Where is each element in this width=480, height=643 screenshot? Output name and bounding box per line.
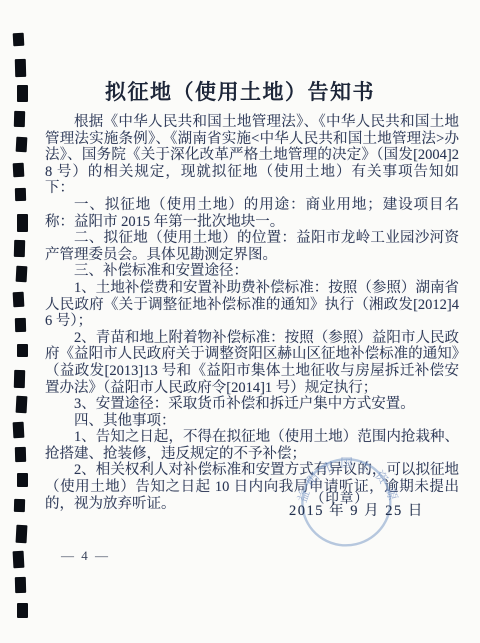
- binding-mark: [17, 603, 28, 618]
- binding-mark: [14, 499, 25, 512]
- binding-mark: [13, 551, 25, 569]
- binding-mark: [16, 136, 28, 152]
- paragraph-item-3-2: 2、青苗和地上附着物补偿标准：按照（参照）益阳市人民政府《益阳市人民政府关于调整…: [45, 330, 459, 396]
- document-body: 根据《中华人民共和国土地管理法》、《中华人民共和国土地管理法实施条例》、《湖南省…: [45, 114, 459, 512]
- scanned-document-page: 拟征地（使用土地）告知书 根据《中华人民共和国土地管理法》、《中华人民共和国土地…: [0, 0, 480, 643]
- binding-mark: [13, 162, 25, 177]
- paragraph-item-4-1: 1、告知之日起，不得在拟征地（使用土地）范围内抢栽种、抢搭建、抢装修，违反规定的…: [45, 429, 459, 462]
- binding-mark: [15, 188, 26, 201]
- binding-mark: [13, 292, 25, 308]
- binding-mark: [16, 395, 28, 413]
- binding-mark: [14, 240, 25, 257]
- binding-mark: [16, 525, 28, 544]
- binding-mark: [15, 447, 26, 462]
- paragraph-item-2: 二、拟征地（使用土地）的位置：益阳市龙岭工业园沙河资产管理委员会。具体见勘测定界…: [45, 230, 459, 263]
- binding-mark: [17, 344, 28, 357]
- page-number: — 4 —: [61, 548, 110, 564]
- document-title: 拟征地（使用土地）告知书: [0, 76, 480, 106]
- binding-mark: [17, 214, 28, 232]
- seal-date: 2015 年 9 月 25 日: [289, 499, 424, 520]
- binding-mark: [15, 59, 26, 77]
- binding-mark: [16, 266, 28, 283]
- binding-mark: [14, 111, 25, 127]
- paragraph-item-3-1: 1、土地补偿费和安置补助费补偿标准：按照（参照）湖南省人民政府《关于调整征地补偿…: [45, 280, 459, 330]
- binding-mark: [15, 318, 26, 332]
- binding-mark: [13, 421, 25, 438]
- paragraph-intro: 根据《中华人民共和国土地管理法》、《中华人民共和国土地管理法实施条例》、《湖南省…: [45, 114, 459, 197]
- paragraph-item-3-3: 3、安置途径：采取货币补偿和拆迁户集中方式安置。: [45, 396, 459, 413]
- binding-mark: [15, 577, 26, 593]
- binding-mark: [14, 370, 25, 388]
- paragraph-item-4-heading: 四、其他事项：: [45, 413, 459, 430]
- paragraph-item-3-heading: 三、补偿标准和安置途径：: [45, 263, 459, 280]
- paragraph-item-1: 一、拟征地（使用土地）的用途：商业用地；建设项目名称：益阳市 2015 年第一批…: [45, 197, 459, 230]
- binding-mark: [13, 33, 25, 47]
- binding-mark: [17, 473, 28, 487]
